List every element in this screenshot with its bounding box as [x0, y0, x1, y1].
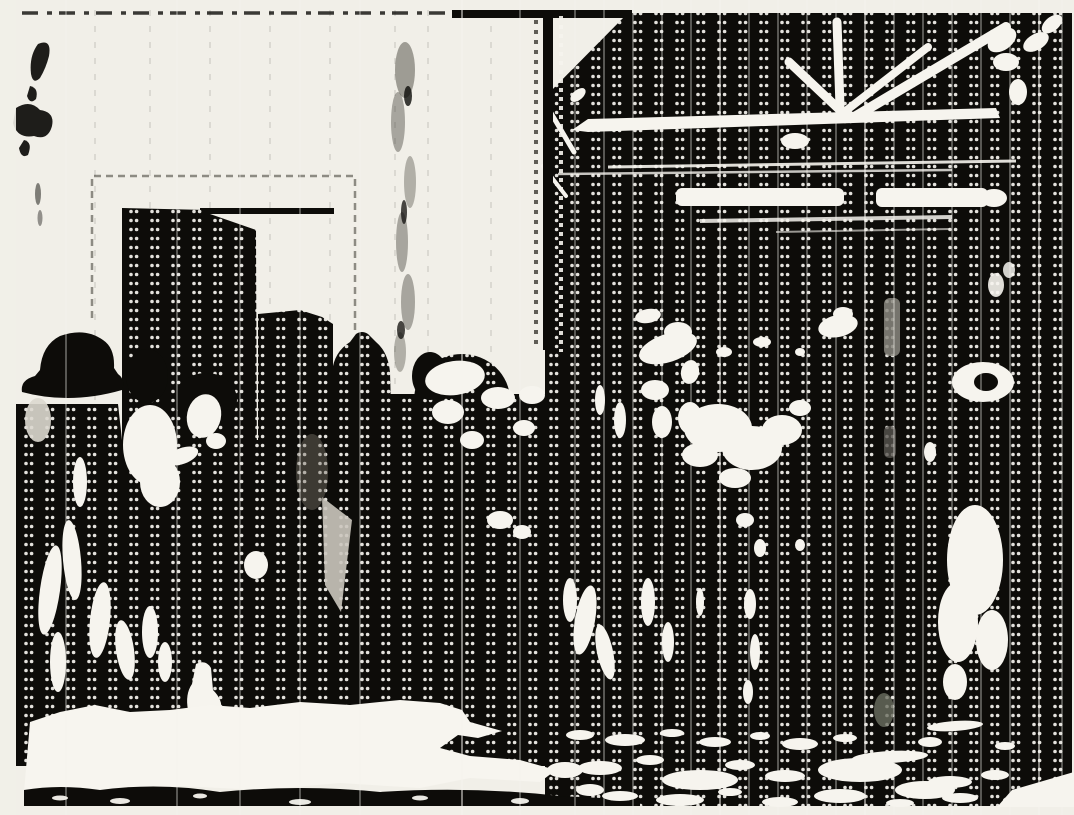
rafter-stem	[837, 22, 840, 106]
photo-canvas	[0, 0, 1074, 815]
bowler-man-face	[25, 398, 51, 442]
bottom-margin	[0, 807, 1074, 815]
roof-line	[200, 208, 334, 214]
left-margin	[0, 0, 16, 815]
corner-post	[543, 10, 553, 350]
light-board-b	[876, 188, 988, 207]
halftone-photograph: High-contrast black-and-white halftone p…	[0, 0, 1074, 815]
top-bar	[452, 10, 632, 18]
second-head	[126, 349, 168, 403]
shadow-figure	[296, 434, 328, 510]
stone-highlight	[244, 551, 268, 579]
light-board-a	[676, 188, 844, 206]
